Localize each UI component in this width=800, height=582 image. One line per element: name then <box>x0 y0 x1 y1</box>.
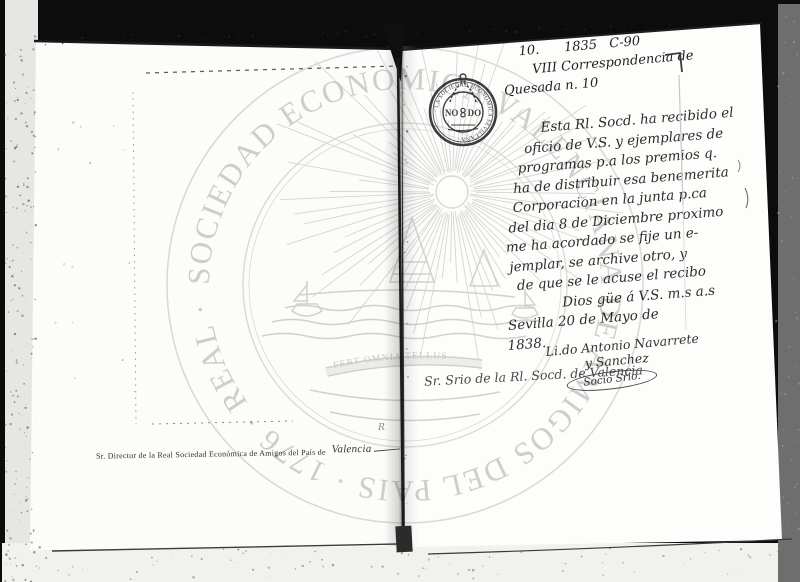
letter-body: Esta Rl. Socd. ha recibido el oficio de … <box>500 99 800 355</box>
pen-flourish <box>374 448 400 451</box>
margin-mark: R <box>378 423 385 433</box>
left-page <box>30 38 402 550</box>
book-gutter-shadow <box>384 46 418 546</box>
footer-destination-handwritten: Valencia <box>332 443 372 456</box>
scanned-document: 10. 1835 C-90 VIII Correspondencia de Qu… <box>0 0 800 582</box>
